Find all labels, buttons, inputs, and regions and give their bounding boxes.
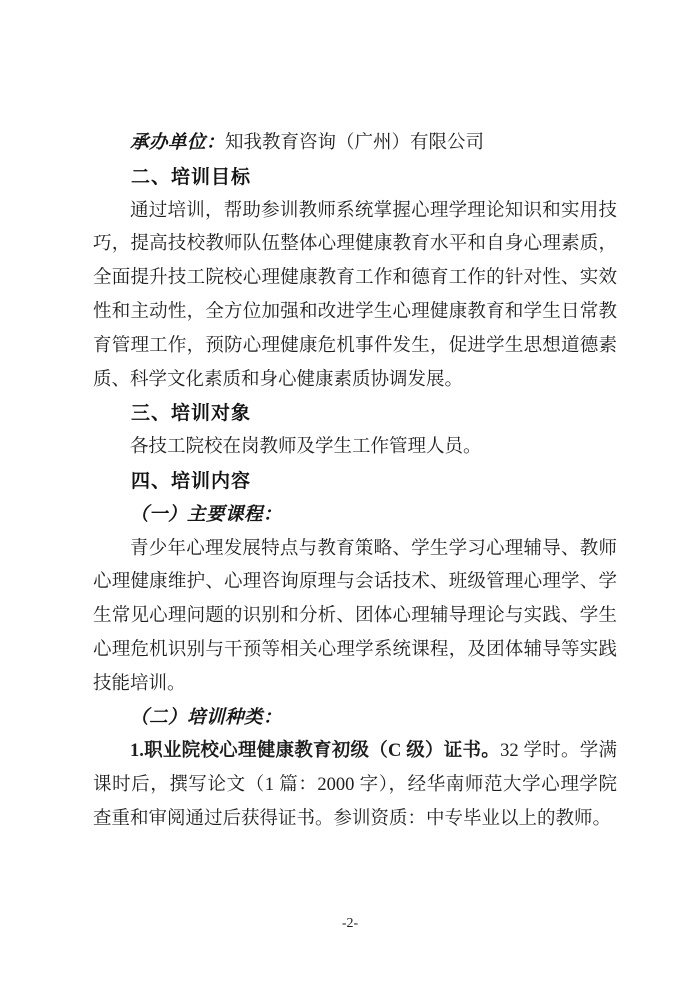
main-courses-heading: （一）主要课程：: [93, 499, 617, 533]
page-number: -2-: [0, 914, 700, 934]
training-goal-heading: 二、培训目标: [93, 161, 617, 195]
training-goal-paragraph: 通过培训，帮助参训教师系统掌握心理学理论知识和实用技巧，提高技校教师队伍整体心理…: [93, 195, 617, 398]
training-types-heading: （二）培训种类：: [93, 702, 617, 736]
organizer-line: 承办单位：知我教育咨询（广州）有限公司: [93, 127, 617, 161]
document-content: 承办单位：知我教育咨询（广州）有限公司 二、培训目标 通过培训，帮助参训教师系统…: [93, 127, 617, 837]
organizer-label: 承办单位：: [130, 133, 225, 153]
organizer-value: 知我教育咨询（广州）有限公司: [225, 133, 484, 153]
document-page: 承办单位：知我教育咨询（广州）有限公司 二、培训目标 通过培训，帮助参训教师系统…: [0, 0, 700, 990]
training-content-heading: 四、培训内容: [93, 465, 617, 499]
training-target-paragraph: 各技工院校在岗教师及学生工作管理人员。: [93, 431, 617, 465]
certificate-item-paragraph: 1.职业院校心理健康教育初级（C 级）证书。32 学时。学满课时后，撰写论文（1…: [93, 735, 617, 836]
training-target-heading: 三、培训对象: [93, 397, 617, 431]
certificate-item-lead: 1.职业院校心理健康教育初级（C 级）证书。: [130, 741, 500, 761]
main-courses-paragraph: 青少年心理发展特点与教育策略、学生学习心理辅导、教师心理健康维护、心理咨询原理与…: [93, 533, 617, 702]
